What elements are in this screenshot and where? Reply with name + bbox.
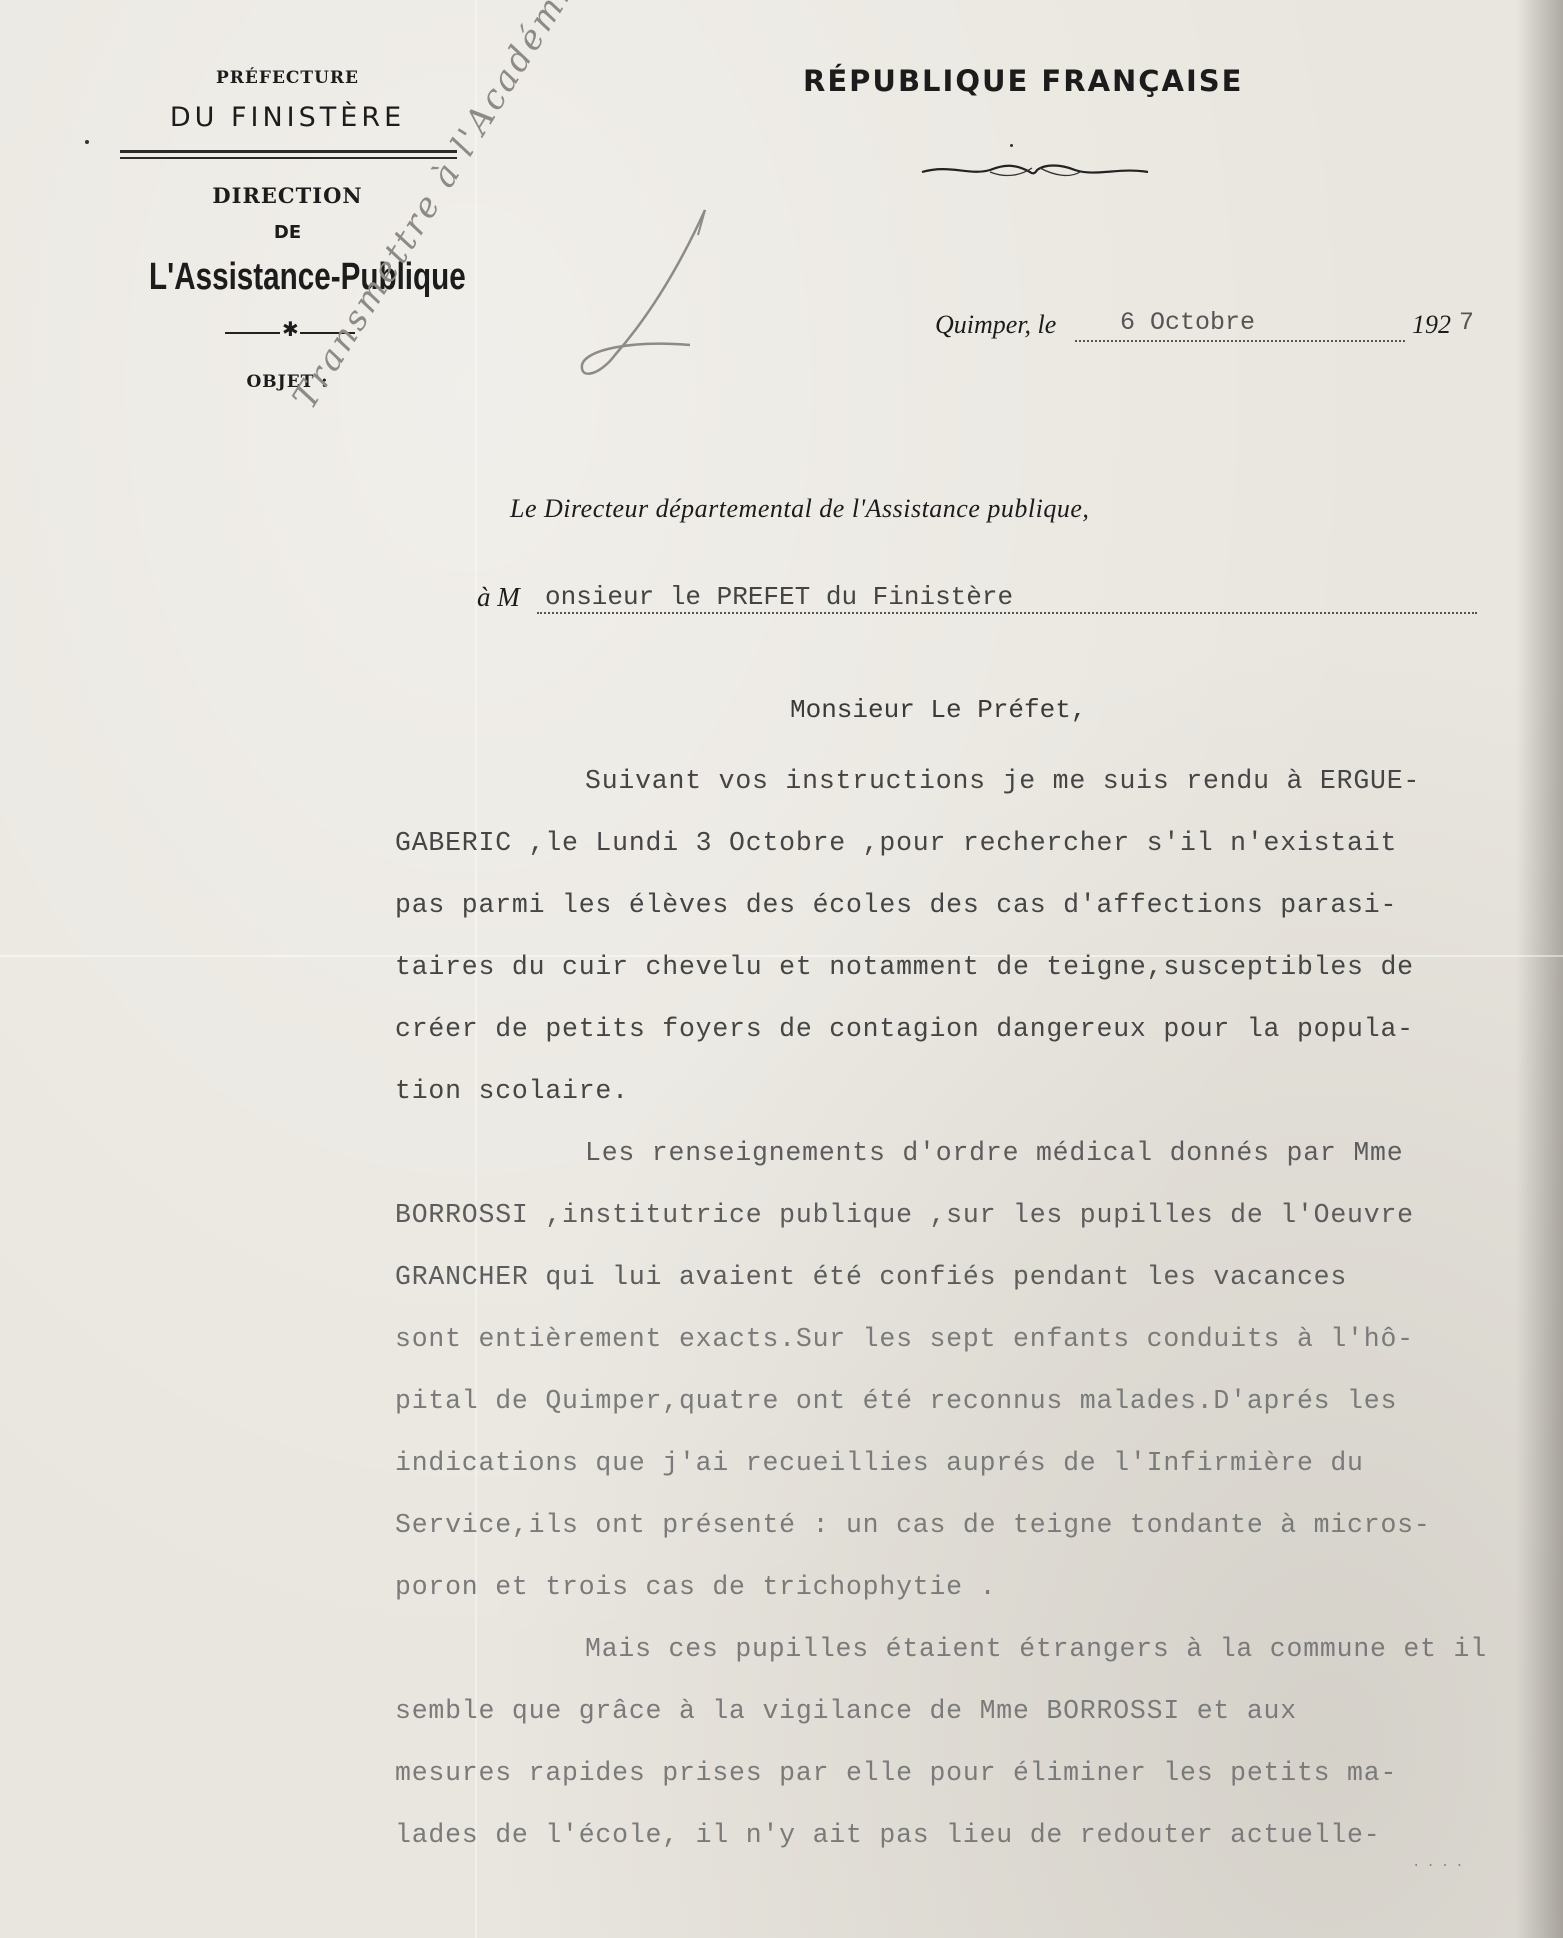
body-line: GABERIC ,le Lundi 3 Octobre ,pour recher…: [395, 822, 1545, 884]
margin-punch-mark: [85, 140, 89, 144]
pencil-initial-flourish-icon: [570, 205, 720, 390]
sender-line: Le Directeur départemental de l'Assistan…: [510, 494, 1089, 524]
pencil-annotation: Transmettre à l'Académie: [285, 0, 593, 416]
body-line: lades de l'école, il n'y ait pas lieu de…: [395, 1814, 1545, 1876]
letter-body: Suivant vos instructions je me suis rend…: [395, 760, 1545, 1876]
date-day-month: 6 Octobre: [1120, 308, 1255, 337]
body-line: BORROSSI ,institutrice publique ,sur les…: [395, 1194, 1545, 1256]
body-line: poron et trois cas de trichophytie .: [395, 1566, 1545, 1628]
body-line: Service,ils ont présenté : un cas de tei…: [395, 1504, 1545, 1566]
ornament-dot: [1010, 144, 1013, 147]
body-line: Mais ces pupilles étaient étrangers à la…: [395, 1628, 1545, 1690]
recipient-prefix: à M: [477, 582, 520, 613]
body-line: Suivant vos instructions je me suis rend…: [395, 760, 1545, 822]
date-year-suffix: 7: [1459, 308, 1474, 337]
body-line: semble que grâce à la vigilance de Mme B…: [395, 1690, 1545, 1752]
body-line: taires du cuir chevelu et notamment de t…: [395, 946, 1545, 1008]
republic-heading: RÉPUBLIQUE FRANÇAISE: [803, 64, 1244, 98]
flourish-ornament-icon: [920, 150, 1150, 190]
body-line: pas parmi les élèves des écoles des cas …: [395, 884, 1545, 946]
date-year-prefix: 192: [1412, 310, 1451, 340]
body-line: Les renseignements d'ordre médical donné…: [395, 1132, 1545, 1194]
body-line: indications que j'ai recueillies auprés …: [395, 1442, 1545, 1504]
body-line: sont entièrement exacts.Sur les sept enf…: [395, 1318, 1545, 1380]
body-line: créer de petits foyers de contagion dang…: [395, 1008, 1545, 1070]
date-place-label: Quimper, le: [935, 310, 1056, 340]
letterhead-prefecture: PRÉFECTURE: [110, 68, 465, 88]
body-line: GRANCHER qui lui avaient été confiés pen…: [395, 1256, 1545, 1318]
date-dotted-line: [1075, 340, 1405, 342]
recipient-line: à M onsieur le PREFET du Finistère: [477, 580, 1477, 620]
recipient-name: onsieur le PREFET du Finistère: [545, 582, 1013, 612]
recipient-dotted-line: [537, 612, 1477, 614]
asterisk-ornament-icon: ✱: [282, 320, 299, 340]
date-line: Quimper, le 6 Octobre 192 7: [935, 306, 1480, 346]
body-line: mesures rapides prises par elle pour éli…: [395, 1752, 1545, 1814]
salutation: Monsieur Le Préfet,: [790, 695, 1086, 725]
letterhead-department: DU FINISTÈRE: [110, 102, 465, 133]
letterhead-double-rule: [120, 150, 457, 159]
body-line: pital de Quimper,quatre ont été reconnus…: [395, 1380, 1545, 1442]
continuation-dots: ....: [1412, 1855, 1470, 1871]
body-line: tion scolaire.: [395, 1070, 1545, 1132]
